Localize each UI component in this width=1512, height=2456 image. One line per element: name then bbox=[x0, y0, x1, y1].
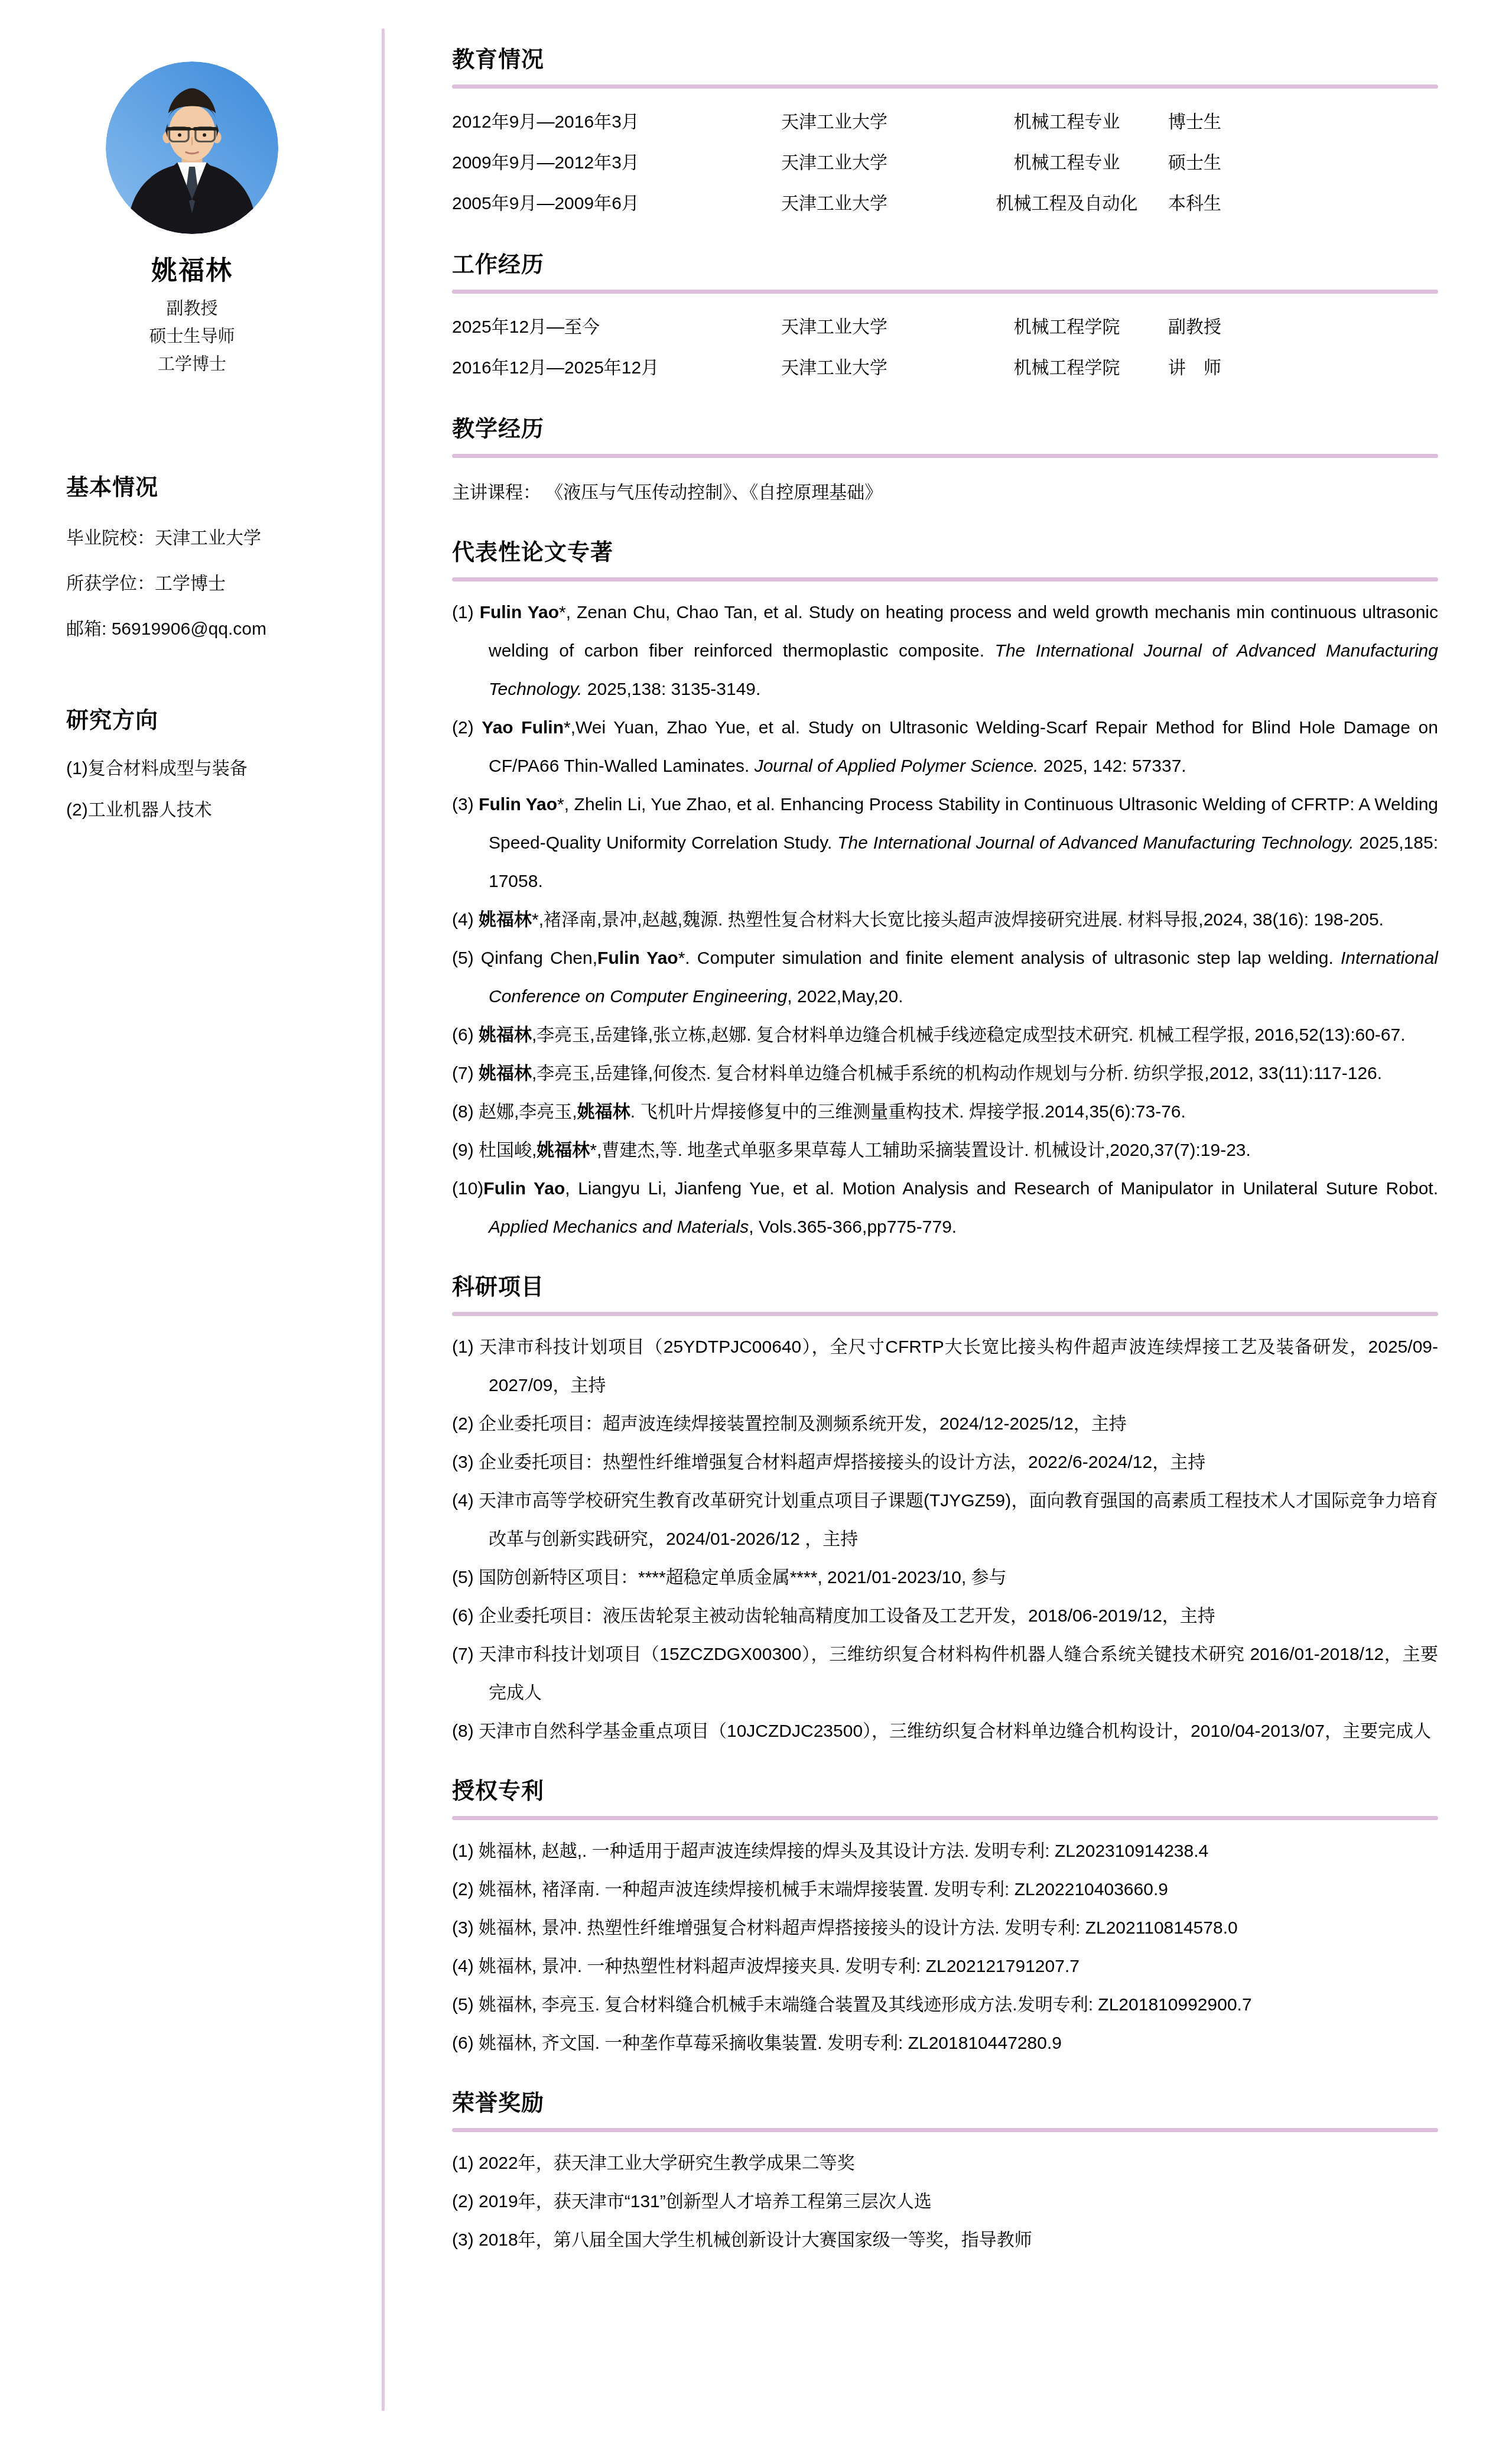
paper-item: (9) 杜国峻,姚福林*,曹建杰,等. 地垄式单驱多果草莓人工辅助采摘装置设计.… bbox=[452, 1131, 1438, 1169]
paper-item: (4) 姚福林*,褚泽南,景冲,赵越,魏源. 热塑性复合材料大长宽比接头超声波焊… bbox=[452, 901, 1438, 939]
basic-info-heading: 基本情况 bbox=[66, 469, 352, 501]
person-name: 姚福林 bbox=[0, 249, 384, 287]
work-period: 2025年12月—至今 bbox=[452, 307, 781, 347]
education-degree: 本科生 bbox=[1168, 183, 1438, 224]
project-item: (4) 天津市高等学校研究生教育改革研究计划重点项目子课题(TJYGZ59)，面… bbox=[452, 1482, 1438, 1558]
basic-info-item-email: 邮箱: 56919906@qq.com bbox=[66, 606, 352, 652]
projects-heading: 科研项目 bbox=[452, 1270, 1438, 1304]
education-school: 天津工业大学 bbox=[781, 142, 965, 183]
education-school: 天津工业大学 bbox=[781, 102, 965, 142]
person-titles: 副教授 硕士生导师 工学博士 bbox=[0, 295, 384, 379]
section-rule bbox=[452, 577, 1438, 581]
person-title: 硕士生导师 bbox=[0, 323, 384, 351]
paper-item: (6) 姚福林,李亮玉,岳建锋,张立栋,赵娜. 复合材料单边缝合机械手线迹稳定成… bbox=[452, 1016, 1438, 1054]
work-heading: 工作经历 bbox=[452, 248, 1438, 282]
paper-item: (1) Fulin Yao*, Zenan Chu, Chao Tan, et … bbox=[452, 593, 1438, 709]
patents-list: (1) 姚福林, 赵越,. 一种适用于超声波连续焊接的焊头及其设计方法. 发明专… bbox=[452, 1832, 1438, 2062]
honor-item: (3) 2018年，第八届全国大学生机械创新设计大赛国家级一等奖，指导教师 bbox=[452, 2221, 1438, 2259]
honor-item: (1) 2022年，获天津工业大学研究生教学成果二等奖 bbox=[452, 2144, 1438, 2182]
paper-item: (10)Fulin Yao, Liangyu Li, Jianfeng Yue,… bbox=[452, 1169, 1438, 1246]
section-rule bbox=[452, 85, 1438, 89]
work-dept: 机械工程学院 bbox=[965, 347, 1168, 388]
patent-item: (3) 姚福林, 景冲. 热塑性纤维增强复合材料超声焊搭接接头的设计方法. 发明… bbox=[452, 1909, 1438, 1947]
education-period: 2005年9月—2009年6月 bbox=[452, 183, 781, 224]
project-item: (8) 天津市自然科学基金重点项目（10JCZDJC23500），三维纺织复合材… bbox=[452, 1712, 1438, 1750]
patent-item: (5) 姚福林, 李亮玉. 复合材料缝合机械手末端缝合装置及其线迹形成方法.发明… bbox=[452, 1986, 1438, 2024]
paper-item: (3) Fulin Yao*, Zhelin Li, Yue Zhao, et … bbox=[452, 785, 1438, 901]
work-title: 讲 师 bbox=[1168, 347, 1438, 388]
work-section: 工作经历 2025年12月—至今 天津工业大学 机械工程学院 副教授 2016年… bbox=[452, 248, 1438, 388]
paper-item: (7) 姚福林,李亮玉,岳建锋,何俊杰. 复合材料单边缝合机械手系统的机构动作规… bbox=[452, 1054, 1438, 1093]
work-dept: 机械工程学院 bbox=[965, 307, 1168, 347]
main-content: 教育情况 2012年9月—2016年3月 天津工业大学 机械工程专业 博士生 2… bbox=[452, 0, 1438, 2259]
education-degree: 博士生 bbox=[1168, 102, 1438, 142]
project-item: (1) 天津市科技计划项目（25YDTPJC00640），全尺寸CFRTP大长宽… bbox=[452, 1328, 1438, 1405]
honors-heading: 荣誉奖励 bbox=[452, 2086, 1438, 2120]
papers-section: 代表性论文专著 (1) Fulin Yao*, Zenan Chu, Chao … bbox=[452, 535, 1438, 1246]
education-row: 2009年9月—2012年3月 天津工业大学 机械工程专业 硕士生 bbox=[452, 142, 1438, 183]
patent-item: (2) 姚福林, 褚泽南. 一种超声波连续焊接机械手末端焊接装置. 发明专利: … bbox=[452, 1870, 1438, 1909]
education-period: 2009年9月—2012年3月 bbox=[452, 142, 781, 183]
work-school: 天津工业大学 bbox=[781, 307, 965, 347]
education-rows: 2012年9月—2016年3月 天津工业大学 机械工程专业 博士生 2009年9… bbox=[452, 102, 1438, 224]
education-school: 天津工业大学 bbox=[781, 183, 965, 224]
patent-item: (1) 姚福林, 赵越,. 一种适用于超声波连续焊接的焊头及其设计方法. 发明专… bbox=[452, 1832, 1438, 1870]
honors-list: (1) 2022年，获天津工业大学研究生教学成果二等奖 (2) 2019年，获天… bbox=[452, 2144, 1438, 2259]
research-direction-item: (1)复合材料成型与装备 bbox=[66, 748, 352, 790]
section-rule bbox=[452, 290, 1438, 294]
person-title: 工学博士 bbox=[0, 351, 384, 379]
research-direction-section: 研究方向 (1)复合材料成型与装备 (2)工业机器人技术 bbox=[0, 701, 384, 831]
person-title: 副教授 bbox=[0, 295, 384, 323]
work-rows: 2025年12月—至今 天津工业大学 机械工程学院 副教授 2016年12月—2… bbox=[452, 307, 1438, 388]
education-heading: 教育情况 bbox=[452, 43, 1438, 77]
patent-item: (6) 姚福林, 齐文国. 一种垄作草莓采摘收集装置. 发明专利: ZL2018… bbox=[452, 2024, 1438, 2062]
paper-item: (5) Qinfang Chen,Fulin Yao*. Computer si… bbox=[452, 939, 1438, 1016]
work-title: 副教授 bbox=[1168, 307, 1438, 347]
project-item: (7) 天津市科技计划项目（15ZCZDGX00300），三维纺织复合材料构件机… bbox=[452, 1635, 1438, 1712]
paper-item: (8) 赵娜,李亮玉,姚福林. 飞机叶片焊接修复中的三维测量重构技术. 焊接学报… bbox=[452, 1093, 1438, 1131]
portrait-illustration bbox=[106, 61, 278, 234]
paper-item: (2) Yao Fulin*,Wei Yuan, Zhao Yue, et al… bbox=[452, 709, 1438, 785]
honors-section: 荣誉奖励 (1) 2022年，获天津工业大学研究生教学成果二等奖 (2) 201… bbox=[452, 2086, 1438, 2259]
section-rule bbox=[452, 1816, 1438, 1820]
research-direction-list: (1)复合材料成型与装备 (2)工业机器人技术 bbox=[66, 748, 352, 831]
teaching-courses: 主讲课程： 《液压与气压传动控制》、《自控原理基础》 bbox=[452, 473, 1438, 512]
papers-heading: 代表性论文专著 bbox=[452, 535, 1438, 570]
profile-photo bbox=[106, 61, 278, 234]
section-rule bbox=[452, 1312, 1438, 1316]
teaching-heading: 教学经历 bbox=[452, 412, 1438, 446]
education-row: 2005年9月—2009年6月 天津工业大学 机械工程及自动化 本科生 bbox=[452, 183, 1438, 224]
basic-info-item: 毕业院校：天津工业大学 bbox=[66, 515, 352, 561]
patents-section: 授权专利 (1) 姚福林, 赵越,. 一种适用于超声波连续焊接的焊头及其设计方法… bbox=[452, 1774, 1438, 2062]
basic-info-section: 基本情况 毕业院校：天津工业大学 所获学位：工学博士 邮箱: 56919906@… bbox=[0, 469, 384, 652]
basic-info-item: 所获学位：工学博士 bbox=[66, 561, 352, 606]
education-period: 2012年9月—2016年3月 bbox=[452, 102, 781, 142]
patent-item: (4) 姚福林, 景冲. 一种热塑性材料超声波焊接夹具. 发明专利: ZL202… bbox=[452, 1947, 1438, 1986]
section-rule bbox=[452, 454, 1438, 458]
resume-page: 姚福林 副教授 硕士生导师 工学博士 基本情况 毕业院校：天津工业大学 所获学位… bbox=[0, 0, 1512, 2456]
education-degree: 硕士生 bbox=[1168, 142, 1438, 183]
vertical-divider bbox=[382, 28, 385, 2411]
work-period: 2016年12月—2025年12月 bbox=[452, 347, 781, 388]
projects-section: 科研项目 (1) 天津市科技计划项目（25YDTPJC00640），全尺寸CFR… bbox=[452, 1270, 1438, 1750]
education-major: 机械工程及自动化 bbox=[965, 183, 1168, 224]
work-row: 2016年12月—2025年12月 天津工业大学 机械工程学院 讲 师 bbox=[452, 347, 1438, 388]
basic-info-list: 毕业院校：天津工业大学 所获学位：工学博士 邮箱: 56919906@qq.co… bbox=[66, 515, 352, 652]
patents-heading: 授权专利 bbox=[452, 1774, 1438, 1808]
project-item: (5) 国防创新特区项目：****超稳定单质金属****, 2021/01-20… bbox=[452, 1558, 1438, 1597]
research-direction-item: (2)工业机器人技术 bbox=[66, 790, 352, 831]
project-item: (3) 企业委托项目：热塑性纤维增强复合材料超声焊搭接接头的设计方法，2022/… bbox=[452, 1443, 1438, 1482]
education-section: 教育情况 2012年9月—2016年3月 天津工业大学 机械工程专业 博士生 2… bbox=[452, 43, 1438, 224]
teaching-section: 教学经历 主讲课程： 《液压与气压传动控制》、《自控原理基础》 bbox=[452, 412, 1438, 512]
papers-list: (1) Fulin Yao*, Zenan Chu, Chao Tan, et … bbox=[452, 593, 1438, 1246]
education-row: 2012年9月—2016年3月 天津工业大学 机械工程专业 博士生 bbox=[452, 102, 1438, 142]
project-item: (2) 企业委托项目：超声波连续焊接装置控制及测频系统开发，2024/12-20… bbox=[452, 1405, 1438, 1443]
project-item: (6) 企业委托项目：液压齿轮泵主被动齿轮轴高精度加工设备及工艺开发，2018/… bbox=[452, 1597, 1438, 1635]
projects-list: (1) 天津市科技计划项目（25YDTPJC00640），全尺寸CFRTP大长宽… bbox=[452, 1328, 1438, 1750]
research-direction-heading: 研究方向 bbox=[66, 701, 352, 734]
work-row: 2025年12月—至今 天津工业大学 机械工程学院 副教授 bbox=[452, 307, 1438, 347]
section-rule bbox=[452, 2128, 1438, 2132]
education-major: 机械工程专业 bbox=[965, 102, 1168, 142]
sidebar: 姚福林 副教授 硕士生导师 工学博士 基本情况 毕业院校：天津工业大学 所获学位… bbox=[0, 0, 384, 2456]
education-major: 机械工程专业 bbox=[965, 142, 1168, 183]
work-school: 天津工业大学 bbox=[781, 347, 965, 388]
honor-item: (2) 2019年，获天津市“131”创新型人才培养工程第三层次人选 bbox=[452, 2182, 1438, 2221]
